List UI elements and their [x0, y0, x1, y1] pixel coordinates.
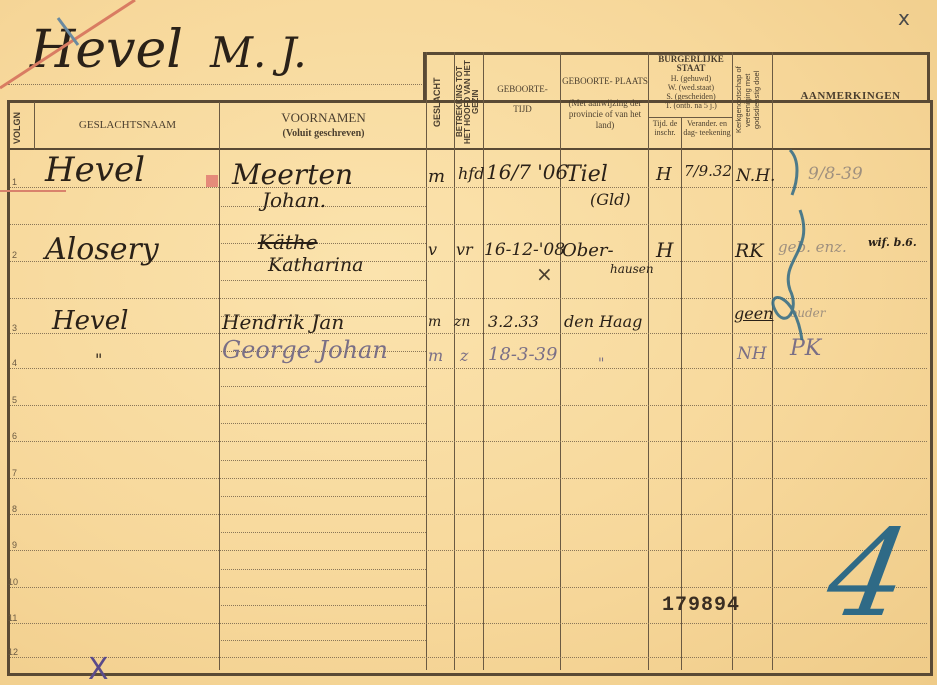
entry-4-sex: m: [428, 346, 443, 365]
row-line: [10, 657, 927, 658]
x-mark-icon: ×: [536, 262, 553, 286]
entry-1-sex: m: [428, 166, 445, 187]
entry-1-place: Tiel: [566, 162, 608, 187]
header-geboorteplaats-sub: (Met aanwijzing der provincie of van het…: [562, 98, 648, 131]
population-register-card: Hevel M. J. VOLGN GESLACHTSNAAM VOORNAME…: [0, 0, 937, 685]
col-divider: [648, 52, 649, 670]
sub-line: [221, 280, 426, 281]
entry-2-sex: v: [428, 240, 437, 259]
header-geboorteplaats: GEBOORTE- PLAATS: [562, 76, 648, 87]
entry-2-civil: H: [656, 238, 673, 262]
header-geslacht: GESLACHT: [432, 62, 442, 142]
sub-line: [221, 640, 426, 641]
bs-subdivider: [648, 117, 732, 118]
header-burgerlijke-staat: BURGERLIJKE STAAT: [650, 55, 732, 73]
header-geslachtsnaam: GESLACHTSNAAM: [36, 120, 219, 131]
blue-scribble-mark: [760, 140, 820, 360]
top-right-x-mark-icon: x: [898, 6, 910, 30]
bottom-x-mark-icon: X: [88, 652, 109, 685]
stamp-number: 179894: [662, 594, 740, 617]
entry-3-place: den Haag: [564, 312, 642, 331]
row-number: 11: [8, 613, 17, 623]
row-line: [10, 550, 927, 551]
entry-2-birth: 16-12-'08: [484, 240, 565, 260]
entry-2-given-1: Käthe: [258, 230, 318, 254]
entry-2-surname: Alosery: [45, 232, 159, 267]
entry-1-civil-change: 7/9.32: [684, 162, 732, 180]
sub-line: [221, 423, 426, 424]
row-line: [10, 587, 927, 588]
header-bs-s: S. (gescheiden): [650, 92, 732, 101]
entry-2-place: Ober-: [562, 240, 614, 261]
col-divider: [483, 52, 484, 670]
header-aanmerkingen: AANMERKINGEN: [774, 91, 927, 102]
entry-4-given-1: George Johan: [222, 336, 388, 364]
entry-2-remarks-2: wif. b.6.: [868, 236, 917, 249]
entry-3-birth: 3.2.33: [488, 312, 539, 331]
row-number: 9: [12, 540, 17, 550]
header-voornamen-sub: (Voluit geschreven): [221, 128, 426, 139]
entry-1-birth: 16/7 '06: [486, 160, 568, 184]
row-line: [10, 478, 927, 479]
entry-2-place-2: hausen: [610, 262, 654, 276]
sub-line: [221, 243, 426, 244]
col-divider: [454, 52, 455, 670]
entry-3-relation: zn: [454, 314, 470, 330]
entry-4-place-ditto: ": [598, 356, 604, 372]
entry-2-given-2: Katharina: [268, 254, 363, 276]
header-bs-verander: Verander. en dag- teekening: [682, 119, 732, 137]
row-number: 2: [12, 250, 17, 260]
header-bs-tijd: Tijd. de inschr.: [649, 119, 681, 137]
row-line: [10, 405, 927, 406]
sub-line: [221, 386, 426, 387]
header-geboortetijd: GEBOORTE-: [485, 84, 560, 95]
header-right-edge: [927, 52, 930, 102]
red-check-icon: [206, 175, 218, 187]
row-number: 5: [12, 395, 17, 405]
entry-1-given-2: Johan.: [262, 188, 326, 212]
entry-1-surname: Hevel: [45, 150, 145, 190]
sub-line: [221, 496, 426, 497]
sub-line: [221, 569, 426, 570]
entry-3-sex: m: [428, 314, 441, 330]
col-divider: [34, 102, 35, 150]
sub-line: [221, 605, 426, 606]
row-number: 7: [12, 468, 17, 478]
header-bs-w: W. (wed.staat): [650, 83, 732, 92]
col-divider: [560, 52, 561, 670]
row-number: 4: [12, 358, 17, 368]
header-kerkgenootschap: Kerkgenootschap of vereeniging met godsd…: [734, 56, 772, 144]
header-bs-h: H. (gehuwd): [650, 74, 732, 83]
entry-4-surname-ditto: ": [95, 350, 102, 369]
header-volgnr: VOLGN: [12, 112, 22, 144]
row-number: 1: [12, 177, 17, 187]
row-number: 10: [8, 577, 18, 587]
col-divider: [426, 52, 427, 670]
entry-1-place-2: (Gld): [590, 190, 631, 209]
card-initials: M. J.: [210, 28, 307, 77]
row-line: [10, 623, 927, 624]
header-betrekking: BETREKKING TOT HET HOOFD VAN HET GEZIN: [456, 58, 482, 146]
entry-2-relation: vr: [456, 240, 473, 259]
sub-line: [221, 460, 426, 461]
entry-3-given-1: Hendrik Jan: [222, 310, 344, 334]
header-voornamen: VOORNAMEN: [221, 112, 426, 123]
row-line: [10, 514, 927, 515]
row-number: 8: [12, 504, 17, 514]
entry-4-relation: z: [460, 346, 468, 365]
entry-1-civil: H: [656, 164, 672, 185]
row-number: 12: [8, 647, 18, 657]
col-divider: [732, 52, 733, 670]
red-underline-mark: [0, 190, 66, 192]
red-slash-mark: [0, 0, 200, 100]
row-number: 3: [12, 323, 17, 333]
entry-1-given-1: Meerten: [232, 158, 353, 191]
row-number: 6: [12, 431, 17, 441]
entry-1-relation: hfd: [458, 164, 484, 183]
sub-line: [221, 532, 426, 533]
header-geboortetijd-2: TIJD: [485, 104, 560, 115]
row-line: [10, 368, 927, 369]
header-bs-t: T. (ontb. na 5 j.): [650, 101, 732, 110]
entry-3-surname: Hevel: [52, 306, 128, 336]
row-line: [10, 441, 927, 442]
entry-4-birth: 18-3-39: [488, 344, 557, 365]
